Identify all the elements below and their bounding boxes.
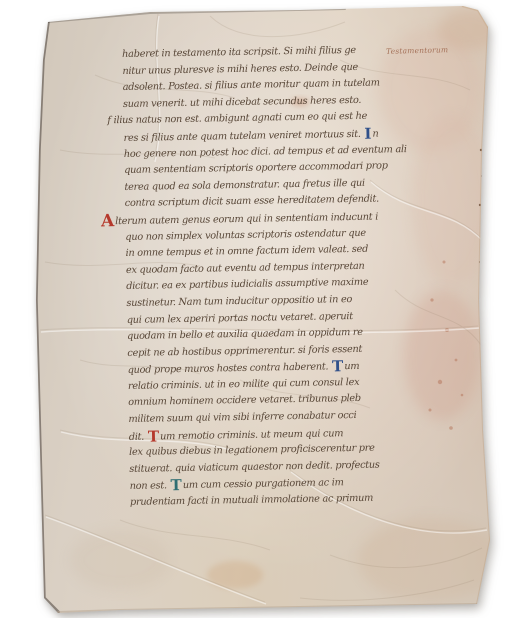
text-segment: prudentiam facti in mutuali immolatione … — [130, 493, 373, 508]
text-block: haberet in testamento ita scripsit. Si m… — [122, 42, 392, 511]
text-segment: lterum autem genus eorum qui in sententi… — [115, 211, 378, 227]
illuminated-initial: T — [169, 477, 182, 494]
text-segment: in omne tempus et in omne factum idem va… — [126, 244, 369, 259]
text-segment: dit. — [129, 431, 147, 442]
running-title: Testamentorum — [386, 45, 448, 56]
text-segment: qui cum lex aperiri portas noctu vetaret… — [127, 311, 353, 326]
text-segment: dicitur. ea ex partibus iudicialis assum… — [126, 277, 368, 292]
text-segment: um remotio criminis. ut meum qui cum — [160, 428, 343, 442]
text-segment: stituerat. quia viaticum quaestor non de… — [129, 459, 379, 474]
text-segment: haberet in testamento ita scripsit. Si m… — [122, 45, 356, 60]
text-segment: ilius natus non est. ambigunt agnati cum… — [114, 111, 368, 126]
leaf-shadow: Testamentorum haberet in testamento ita … — [0, 0, 515, 618]
text-segment: terea quod ea sola demonstratur. qua fre… — [124, 178, 365, 193]
text-segment: sustinetur. Nam tum inducitur oppositio … — [126, 294, 352, 309]
text-segment: res si filius ante quam tutelam veniret … — [124, 129, 364, 144]
text-segment: nitur unus pluresve is mihi heres esto. … — [122, 61, 358, 76]
text-segment: adsolent. Postea. si filius ante moritur… — [123, 78, 380, 93]
text-segment: um cum cessio purgationem ac im — [183, 478, 344, 492]
text-segment: n — [372, 129, 378, 140]
text-segment: quo non simplex voluntas scriptoris oste… — [125, 227, 366, 242]
text-segment: f — [107, 114, 111, 131]
text-segment: cepit ne ab hostibus opprimerentur. si f… — [127, 344, 362, 359]
illuminated-initial: T — [147, 428, 160, 445]
text-segment: hoc genere non potest hoc dici. ad tempu… — [124, 144, 407, 160]
photo-canvas: Testamentorum haberet in testamento ita … — [0, 0, 515, 618]
text-segment: quodam in bello et auxilia quaedam in op… — [127, 327, 363, 342]
text-segment: contra scriptum dicit suam esse heredita… — [125, 194, 379, 209]
illuminated-initial: T — [331, 358, 344, 375]
text-segment: omnium hominem occidere vetaret. tribunu… — [128, 393, 361, 408]
text-segment: suam venerit. ut mihi dicebat secundus h… — [123, 95, 361, 110]
text-segment: militem suum qui vim sibi inferre conaba… — [128, 410, 356, 425]
text-segment: ex quodam facto aut eventu ad tempus int… — [126, 261, 365, 276]
text-segment: non est. — [130, 481, 170, 493]
illuminated-initial: I — [363, 126, 372, 143]
text-segment: relatio criminis. ut in eo milite qui cu… — [128, 377, 360, 392]
manuscript-leaf: Testamentorum haberet in testamento ita … — [0, 0, 515, 618]
text-segment: quod prope muros hostes contra haberent. — [128, 362, 332, 377]
illuminated-initial: A — [100, 213, 115, 230]
text-segment: quam sententiam scriptoris oportere acco… — [124, 161, 388, 177]
text-segment: um — [344, 361, 359, 372]
text-segment: lex quibus diebus in legationem proficis… — [129, 443, 375, 458]
